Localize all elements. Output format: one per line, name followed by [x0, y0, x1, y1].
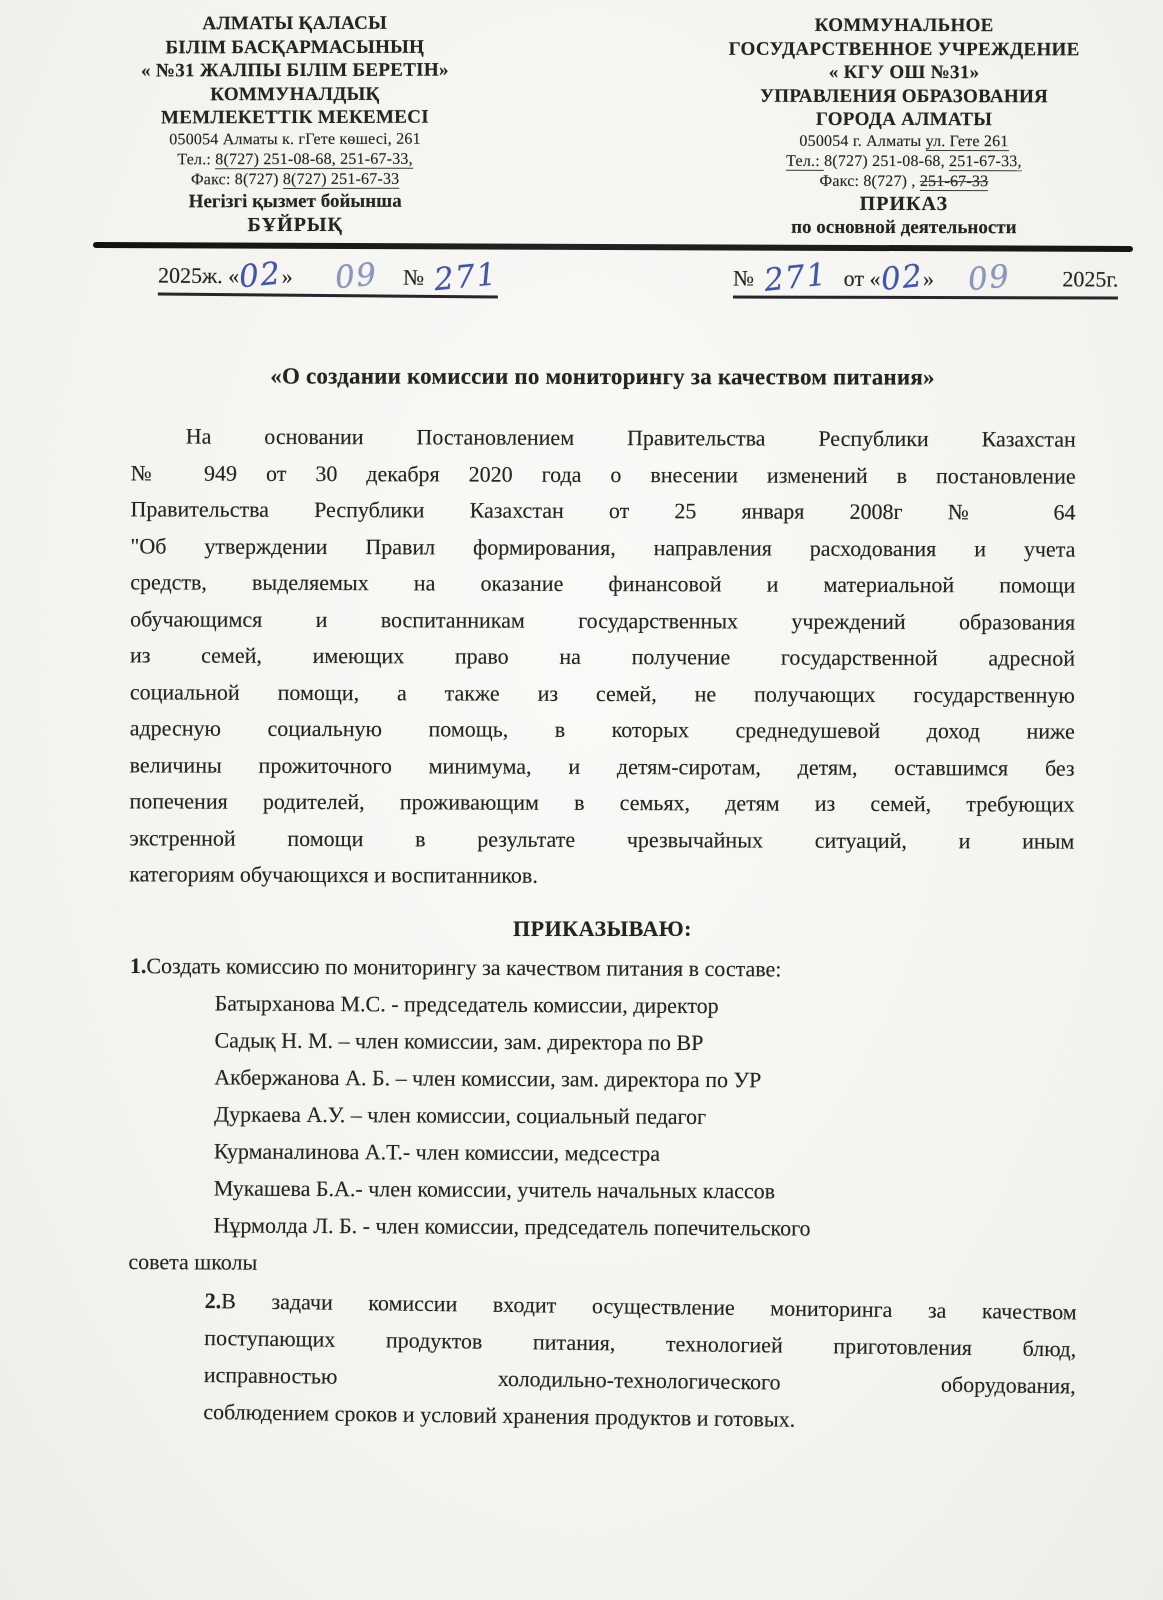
body-line: Правительства Республики Казахстан от 25…: [130, 491, 1075, 531]
scanned-order-page: АЛМАТЫ ҚАЛАСЫ БІЛІМ БАСҚАРМАСЫНЫҢ « №31 …: [0, 0, 1163, 1600]
org-phone: Тел.: 8(727) 251-08-68, 251-67-33,: [678, 151, 1130, 172]
org-name-line: ГОСУДАРСТВЕННОЕ УЧРЕЖДЕНИЕ: [678, 37, 1130, 61]
date-prefix: 2025ж. «: [158, 263, 239, 290]
item-number: 2.: [205, 1288, 222, 1313]
commission-list: 1.Создать комиссию по мониторингу за кач…: [128, 947, 1075, 1285]
fax-label: Факс: 8(727): [191, 171, 283, 188]
date-number-line-russian: №271от «02»092025г.: [733, 261, 1119, 299]
body-line: экстренной помощи в результате чрезвычай…: [129, 820, 1074, 860]
order-item-2: 2.В задачи комиссии входит осуществление…: [203, 1282, 1077, 1441]
commission-member: Нұрмолда Л. Б. - член комиссии, председа…: [128, 1206, 1073, 1248]
org-name-line: « КГУ ОШ №31»: [678, 61, 1130, 85]
handwritten-month: 09: [967, 262, 1012, 294]
from-text: от «: [844, 266, 881, 292]
body-line: категориям обучающихся и воспитанников.: [129, 856, 1074, 896]
order-word-kazakh: БҰЙРЫҚ: [100, 212, 490, 237]
phone-last-number: 251-67-33,: [949, 153, 1022, 172]
header-separator-line: [93, 242, 1133, 252]
body-line: попечения родителей, проживающим в семья…: [129, 783, 1074, 823]
handwritten-order-number: 271: [433, 260, 499, 294]
activity-type-line: по основной деятельности: [678, 215, 1130, 239]
phone-numbers: 8(727) 251-08-68,: [824, 152, 949, 169]
body-line: "Об утверждении Правил формирования, нап…: [130, 528, 1075, 568]
item-text: В задачи комиссии входит осуществление м…: [221, 1288, 1077, 1324]
org-address: 050054 г. Алматы ул. Гете 261: [678, 131, 1130, 152]
commission-member: Садық Н. М. – член комиссии, зам. директ…: [129, 1021, 1074, 1063]
commission-member: Батырханова М.С. - председатель комиссии…: [130, 984, 1075, 1026]
number-sign: №: [733, 265, 754, 291]
org-name-line: БІЛІМ БАСҚАРМАСЫНЫҢ: [100, 35, 490, 60]
order-heading: ПРИКАЗЫВАЮ:: [130, 916, 1075, 942]
body-line: № 949 от 30 декабря 2020 года о внесении…: [131, 455, 1076, 495]
org-phone: Тел.: 8(727) 251-08-68, 251-67-33,: [100, 149, 490, 170]
date-number-line-kazakh: 2025ж. «02»09№271: [158, 259, 498, 299]
phone-label: Тел.:: [786, 152, 824, 171]
org-fax: Факс: 8(727) 8(727) 251-67-33: [100, 169, 490, 190]
handwritten-order-number: 271: [763, 260, 829, 294]
activity-type-line: Негізгі қызмет бойынша: [100, 189, 490, 213]
body-line: величины прожиточного минимума, и детям-…: [130, 747, 1075, 787]
org-name-line: АЛМАТЫ ҚАЛАСЫ: [100, 11, 490, 36]
number-sign: №: [403, 265, 424, 291]
fax-numbers: 8(727) 251-67-33: [283, 170, 400, 189]
order-item-1: 1.Создать комиссию по мониторингу за кач…: [130, 947, 1075, 989]
phone-numbers: 8(727) 251-08-68, 251-67-33,: [215, 150, 413, 169]
handwritten-day: 02: [238, 259, 283, 291]
letterhead-russian: КОММУНАЛЬНОЕ ГОСУДАРСТВЕННОЕ УЧРЕЖДЕНИЕ …: [678, 14, 1130, 239]
commission-member: Мукашева Б.А.- член комиссии, учитель на…: [129, 1169, 1074, 1211]
org-name-line: УПРАВЛЕНИЯ ОБРАЗОВАНИЯ: [678, 84, 1130, 108]
org-name-line: « №31 ЖАЛПЫ БІЛІМ БЕРЕТІН»: [100, 58, 490, 83]
body-line: из семей, имеющих право на получение гос…: [130, 637, 1075, 677]
address-prefix: 050054 г. Алматы: [799, 132, 925, 149]
handwritten-day: 02: [879, 262, 924, 294]
body-line: адресную социальную помощь, в которых ср…: [130, 710, 1075, 750]
close-quote: »: [282, 264, 293, 290]
fax-prefix: Факс: 8(727) ,: [819, 172, 919, 189]
org-name-line: КОММУНАЛДЫҚ: [100, 82, 490, 107]
document-title: «О создании комиссии по мониторингу за к…: [130, 363, 1075, 391]
phone-label: Тел.:: [177, 151, 215, 168]
item-text: Создать комиссию по мониторингу за качес…: [146, 953, 781, 981]
preamble-paragraph: На основании Постановлением Правительств…: [129, 418, 1076, 896]
org-name-line: КОММУНАЛЬНОЕ: [678, 14, 1130, 38]
org-fax: Факс: 8(727) , 251-67-33: [678, 171, 1130, 192]
org-name-line: МЕМЛЕКЕТТІК МЕКЕМЕСІ: [100, 105, 490, 130]
org-name-line: ГОРОДА АЛМАТЫ: [678, 108, 1130, 132]
letterhead-kazakh: АЛМАТЫ ҚАЛАСЫ БІЛІМ БАСҚАРМАСЫНЫҢ « №31 …: [100, 11, 491, 237]
commission-member: Акбержанова А. Б. – член комиссии, зам. …: [129, 1058, 1074, 1100]
body-line: обучающимся и воспитанникам государствен…: [130, 601, 1075, 641]
commission-member: Курманалинова А.Т.- член комиссии, медсе…: [129, 1132, 1074, 1174]
address-street: ул. Гете 261: [926, 133, 1009, 152]
year-text: 2025г.: [1062, 266, 1118, 292]
item-number: 1.: [130, 953, 147, 978]
fax-number: 251-67-33: [920, 173, 989, 191]
body-line: На основании Постановлением Правительств…: [131, 418, 1076, 458]
handwritten-month: 09: [333, 260, 378, 292]
body-line: средств, выделяемых на оказание финансов…: [130, 564, 1075, 604]
commission-member: Дуркаева А.У. – член комиссии, социальны…: [129, 1095, 1074, 1137]
org-address: 050054 Алматы к. гГете көшесі, 261: [100, 129, 490, 150]
member-line-continuation: совета школы: [128, 1243, 1073, 1285]
body-line: социальной помощи, а также из семей, не …: [130, 674, 1075, 714]
order-word-russian: ПРИКАЗ: [678, 191, 1130, 216]
